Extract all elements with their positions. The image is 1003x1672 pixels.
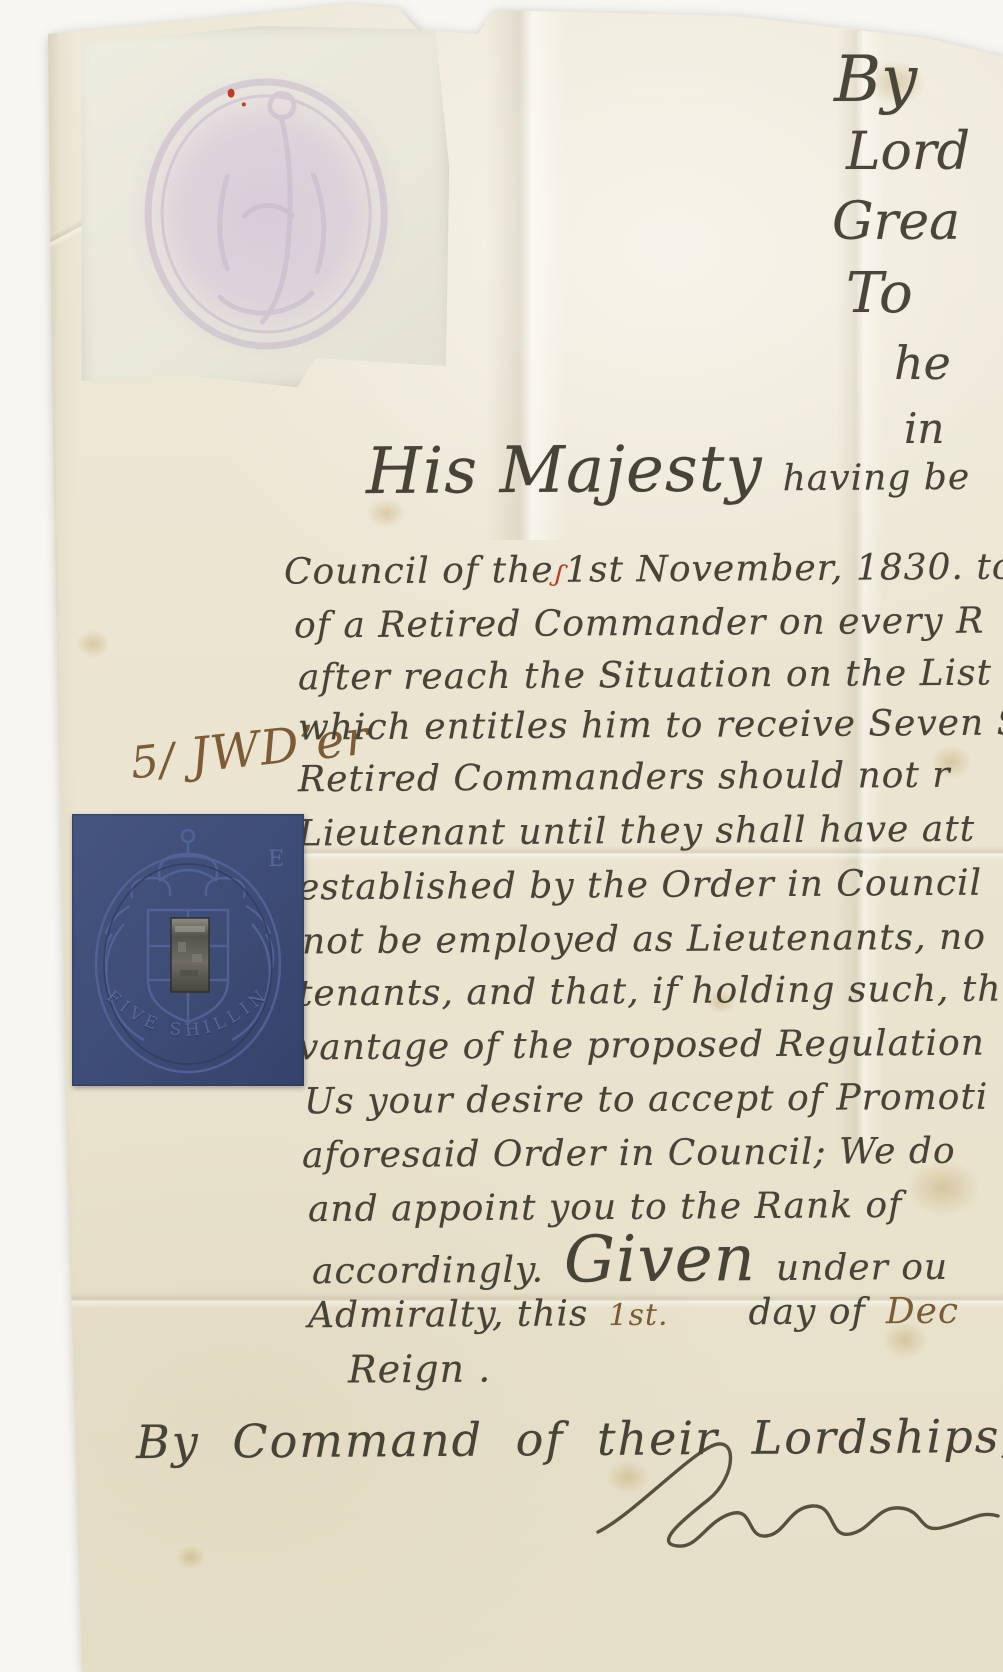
- body-line-1: His Majesty having be: [366, 436, 971, 504]
- body-line-10: tenants, and that, if holding such, th: [298, 972, 1002, 1013]
- body-line-17: Reign .: [348, 1350, 491, 1389]
- line15-rest: under ou: [776, 1250, 948, 1287]
- body-line-11: vantage of the proposed Regulation: [298, 1026, 985, 1067]
- body-line-3: of a Retired Commander on every R: [294, 604, 984, 645]
- line2-pre: Council of the: [284, 550, 554, 593]
- line16-mid: day of: [748, 1294, 866, 1331]
- body-line-5: which entitles him to receive Seven S: [298, 705, 1003, 746]
- line2-rest: 1st November, 1830. to a: [565, 546, 1003, 590]
- red-wax-speck: [242, 102, 246, 106]
- opening-line-fragment: By: [834, 48, 917, 112]
- body-line-9: not be employed as Lieutenants, no: [302, 920, 986, 961]
- opening-line-fragment: Lord: [846, 126, 970, 178]
- scanned-document: By Lord Grea To he in 5/ JWD’er His Maje…: [0, 0, 1003, 1672]
- body-line-2: Council of theʃ1st November, 1830. to a: [284, 549, 1003, 590]
- body-line-16: Admiralty, this 1st. day of Dec: [308, 1294, 959, 1335]
- body-line-14: and appoint you to the Rank of: [308, 1188, 903, 1228]
- opening-words: His Majesty: [366, 437, 763, 504]
- opening-line-fragment: he: [894, 340, 951, 386]
- body-line-13: aforesaid Order in Council; We do: [302, 1134, 956, 1175]
- paper-shadow-wrap: By Lord Grea To he in 5/ JWD’er His Maje…: [0, 0, 1003, 1672]
- line15-pre: accordingly.: [312, 1253, 544, 1291]
- line16-pre: Admiralty, this: [308, 1296, 589, 1334]
- body-line-8: established by the Order in Council: [298, 866, 982, 907]
- stamp-silver-cypher: [171, 918, 209, 992]
- body-line-4: after reach the Situation on the List: [298, 656, 992, 697]
- docket-number: 5/: [128, 734, 178, 789]
- anchor-figure-icon: [74, 22, 453, 392]
- wafer-seal-paper: [74, 22, 453, 392]
- body-line-12: Us your desire to accept of Promoti: [304, 1080, 989, 1121]
- stain-spot: [76, 630, 110, 658]
- opening-line-fragment: To: [846, 266, 913, 322]
- given-word: Given: [564, 1227, 756, 1292]
- secretary-signature: [586, 1428, 1003, 1578]
- body-line-15: accordingly. Given under ou: [312, 1226, 948, 1294]
- opening-line-fragment: Grea: [832, 196, 960, 248]
- inserted-day: 1st.: [608, 1301, 668, 1331]
- stain-spot: [176, 1545, 206, 1569]
- inserted-month: Dec: [886, 1294, 960, 1331]
- body-line-7: Lieutenant until they shall have att: [298, 812, 975, 853]
- body-line-1-rest: having be: [783, 460, 971, 497]
- red-wax-speck: [228, 89, 235, 98]
- document-page: By Lord Grea To he in 5/ JWD’er His Maje…: [46, 0, 1003, 1672]
- body-line-6: Retired Commanders should not r: [298, 758, 951, 799]
- red-correction-mark: ʃ: [553, 561, 565, 586]
- stamp-corner-letter: E: [268, 847, 284, 872]
- blue-duty-stamp: E FIVE SHILLINGS FIVE SHILLINGS: [72, 814, 304, 1086]
